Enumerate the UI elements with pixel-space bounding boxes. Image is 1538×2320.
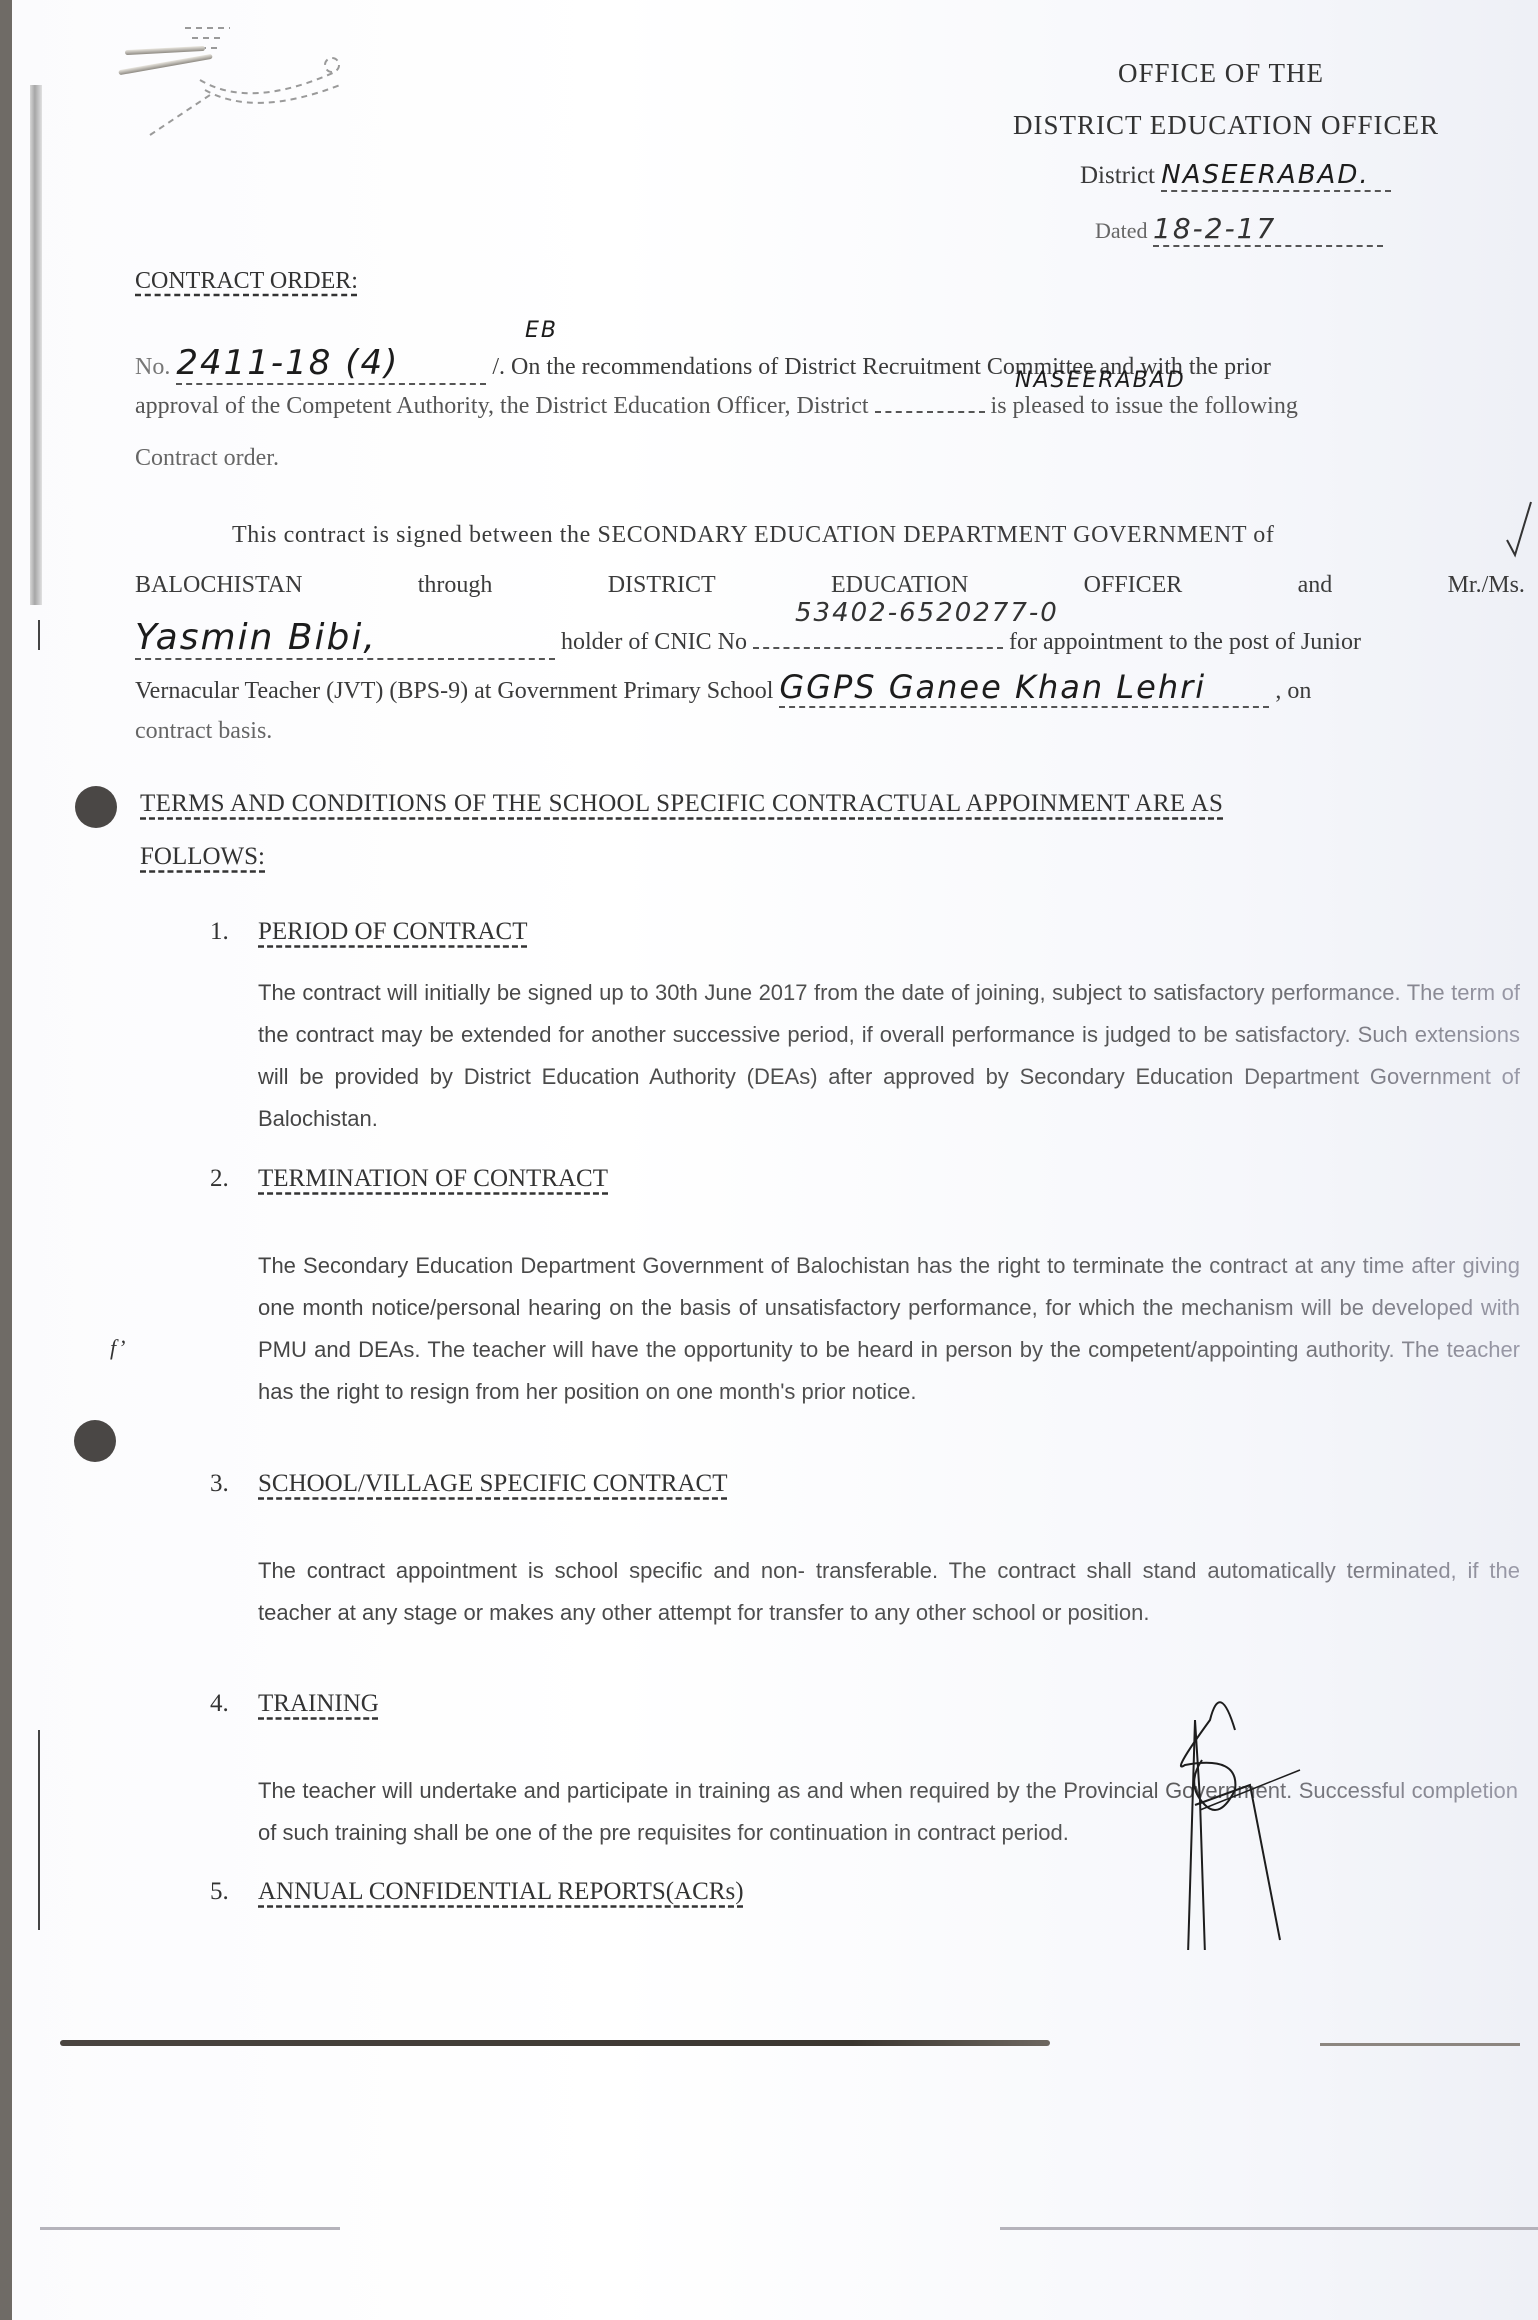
employee-name: Yasmin Bibi, bbox=[135, 617, 555, 660]
contract-line-2-word: OFFICER bbox=[1084, 572, 1183, 599]
faint-rule bbox=[40, 2227, 340, 2230]
order-district-blank bbox=[875, 411, 985, 413]
contract-line-2-word: through bbox=[418, 572, 493, 599]
order-intro-text: is pleased to issue the following bbox=[991, 393, 1298, 419]
contract-line-1: This contract is signed between the SECO… bbox=[232, 522, 1275, 549]
section-title: ANNUAL CONFIDENTIAL REPORTS(ACRs) bbox=[258, 1878, 744, 1906]
section-number: 5. bbox=[210, 1878, 229, 1906]
district-field: District NASEERABAD. bbox=[1080, 160, 1391, 192]
order-no-value: 2411-18 (4) bbox=[176, 343, 486, 385]
school-name: GGPS Ganee Khan Lehri bbox=[779, 668, 1269, 708]
contract-line-2-word: DISTRICT bbox=[608, 572, 716, 599]
margin-note: f’ bbox=[110, 1335, 125, 1361]
section-title: PERIOD OF CONTRACT bbox=[258, 918, 527, 946]
section-title: TRAINING bbox=[258, 1690, 379, 1718]
margin-mark bbox=[38, 620, 40, 650]
scan-shadow-strip bbox=[30, 85, 42, 605]
contract-line-2: BALOCHISTANthroughDISTRICTEDUCATIONOFFIC… bbox=[135, 572, 1525, 599]
contract-line-2-word: Mr./Ms. bbox=[1448, 572, 1525, 599]
cnic-label: holder of CNIC No bbox=[561, 629, 747, 655]
terms-heading-line-1: TERMS AND CONDITIONS OF THE SCHOOL SPECI… bbox=[140, 790, 1223, 818]
terms-heading-line-2: FOLLOWS: bbox=[140, 843, 265, 871]
contract-line-2-word: EDUCATION bbox=[831, 572, 968, 599]
checkmark-icon bbox=[1505, 500, 1533, 565]
government-emblem-icon bbox=[120, 10, 360, 145]
margin-mark bbox=[38, 1730, 40, 1930]
scan-edge bbox=[0, 0, 12, 2320]
order-no-label: No. bbox=[135, 354, 170, 380]
district-value: NASEERABAD. bbox=[1161, 160, 1391, 192]
dated-field: Dated 18-2-17 bbox=[1095, 212, 1383, 247]
contract-line-4: Vernacular Teacher (JVT) (BPS-9) at Gove… bbox=[135, 668, 1311, 708]
section-title: TERMINATION OF CONTRACT bbox=[258, 1165, 608, 1193]
dated-label: Dated bbox=[1095, 218, 1148, 243]
order-no-superscript: EB bbox=[525, 318, 558, 343]
district-label: District bbox=[1080, 162, 1155, 189]
order-intro-text: approval of the Competent Authority, the… bbox=[135, 393, 869, 419]
signature-icon bbox=[1160, 1690, 1310, 1955]
office-line-2: DISTRICT EDUCATION OFFICER bbox=[1013, 110, 1439, 141]
order-intro-line-3: Contract order. bbox=[135, 445, 279, 472]
section-body: The contract will initially be signed up… bbox=[258, 972, 1520, 1140]
contract-line-5: contract basis. bbox=[135, 718, 272, 745]
post-school-tail: , on bbox=[1275, 678, 1311, 704]
punch-hole bbox=[75, 786, 117, 828]
post-school-text: Vernacular Teacher (JVT) (BPS-9) at Gove… bbox=[135, 678, 773, 704]
cnic-value: 53402-6520277-0 bbox=[795, 598, 1059, 628]
contract-line-2-word: and bbox=[1298, 572, 1333, 599]
footer-rule bbox=[60, 2040, 1050, 2046]
contract-line-3: Yasmin Bibi, holder of CNIC No for appoi… bbox=[135, 617, 1361, 660]
faint-rule bbox=[1000, 2227, 1538, 2230]
contract-order-title: CONTRACT ORDER: bbox=[135, 268, 358, 295]
section-number: 3. bbox=[210, 1470, 229, 1498]
section-body: The contract appointment is school speci… bbox=[258, 1550, 1520, 1634]
order-district-value: NASEERABAD bbox=[1015, 368, 1186, 393]
section-body: The Secondary Education Department Gover… bbox=[258, 1245, 1520, 1413]
section-number: 1. bbox=[210, 918, 229, 946]
dated-value: 18-2-17 bbox=[1153, 212, 1383, 247]
section-body: The teacher will undertake and participa… bbox=[258, 1770, 1518, 1854]
section-title: SCHOOL/VILLAGE SPECIFIC CONTRACT bbox=[258, 1470, 727, 1498]
punch-hole bbox=[74, 1420, 116, 1462]
section-number: 2. bbox=[210, 1165, 229, 1193]
footer-rule-tail bbox=[1320, 2043, 1520, 2046]
office-line-1: OFFICE OF THE bbox=[1118, 58, 1324, 89]
post-text: for appointment to the post of Junior bbox=[1009, 629, 1361, 655]
contract-line-2-word: BALOCHISTAN bbox=[135, 572, 302, 599]
cnic-blank bbox=[753, 647, 1003, 649]
order-intro-line-2: approval of the Competent Authority, the… bbox=[135, 393, 1298, 420]
section-number: 4. bbox=[210, 1690, 229, 1718]
